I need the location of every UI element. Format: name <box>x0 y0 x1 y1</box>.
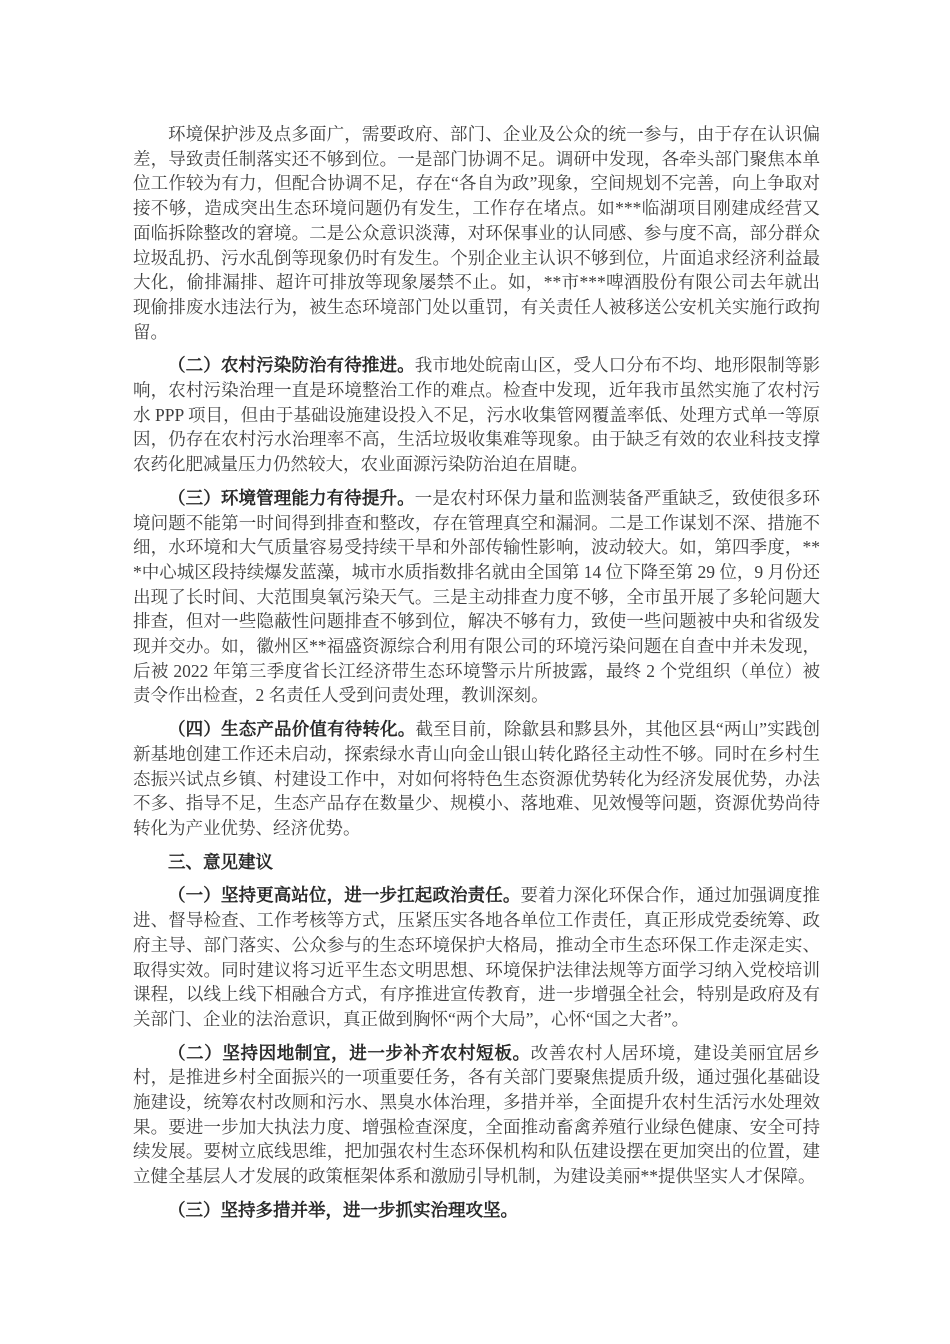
paragraph-suggestion-2-text: 改善农村人居环境，建设美丽宜居乡村，是推进乡村全面振兴的一项重要任务，各有关部门… <box>133 1043 820 1187</box>
paragraph-management-capacity-text: 一是农村环保力量和监测装备严重缺乏，致使很多环境问题不能第一时间得到排查和整改，… <box>133 488 820 706</box>
paragraph-management-capacity: （三）环境管理能力有待提升。一是农村环保力量和监测装备严重缺乏，致使很多环境问题… <box>133 486 820 708</box>
document-content: 环境保护涉及点多面广，需要政府、部门、企业及公众的统一参与，由于存在认识偏差，导… <box>133 122 820 1232</box>
paragraph-eco-product-value-lead: （四）生态产品价值有待转化。 <box>168 719 415 739</box>
paragraph-suggestion-1-lead: （一）坚持更高站位，进一步扛起政治责任。 <box>168 885 521 905</box>
paragraph-suggestion-2-lead: （二）坚持因地制宜，进一步补齐农村短板。 <box>168 1043 531 1063</box>
paragraph-suggestion-3-lead: （三）坚持多措并举，进一步抓实治理攻坚。 <box>168 1200 518 1220</box>
paragraph-suggestion-1-text: 要着力深化环保合作，通过加强调度推进、督导检查、工作考核等方式，压紧压实各地各单… <box>133 885 820 1029</box>
paragraph-eco-product-value: （四）生态产品价值有待转化。截至目前，除歙县和黟县外，其他区县“两山”实践创新基… <box>133 717 820 841</box>
document-page: 环境保护涉及点多面广，需要政府、部门、企业及公众的统一参与，由于存在认识偏差，导… <box>0 0 950 1344</box>
paragraph-suggestion-3: （三）坚持多措并举，进一步抓实治理攻坚。 <box>133 1198 820 1223</box>
section-heading-suggestions: 三、意见建议 <box>133 850 820 875</box>
paragraph-intro-text: 环境保护涉及点多面广，需要政府、部门、企业及公众的统一参与，由于存在认识偏差，导… <box>133 124 820 342</box>
paragraph-suggestion-2: （二）坚持因地制宜，进一步补齐农村短板。改善农村人居环境，建设美丽宜居乡村，是推… <box>133 1041 820 1189</box>
paragraph-management-capacity-lead: （三）环境管理能力有待提升。 <box>168 488 415 508</box>
paragraph-intro: 环境保护涉及点多面广，需要政府、部门、企业及公众的统一参与，由于存在认识偏差，导… <box>133 122 820 344</box>
section-heading-suggestions-label: 三、意见建议 <box>168 852 273 872</box>
paragraph-rural-pollution: （二）农村污染防治有待推进。我市地处皖南山区，受人口分布不均、地形限制等影响，农… <box>133 353 820 477</box>
paragraph-rural-pollution-lead: （二）农村污染防治有待推进。 <box>168 355 415 375</box>
paragraph-suggestion-1: （一）坚持更高站位，进一步扛起政治责任。要着力深化环保合作，通过加强调度推进、督… <box>133 883 820 1031</box>
